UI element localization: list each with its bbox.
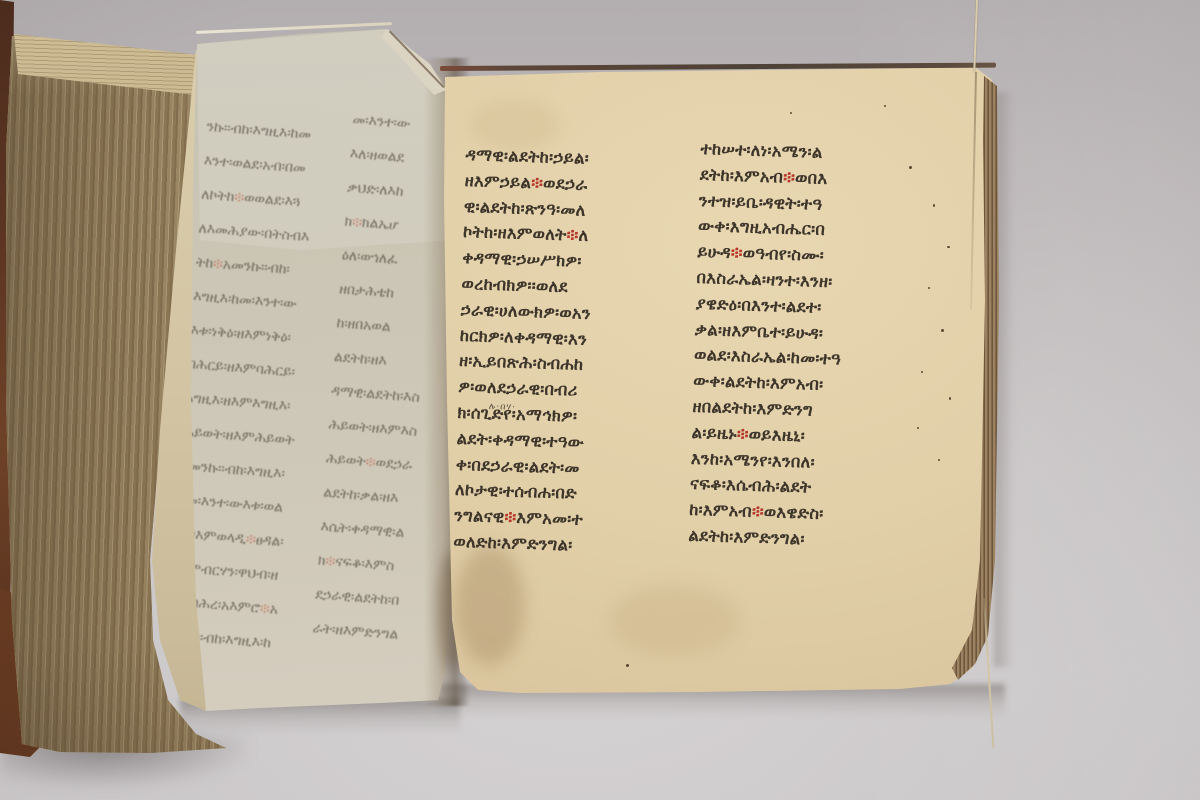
text-line: ልደትከ፡ዘእ [333,340,437,382]
text-line: ቀዳማዊ፡ኃሠሥክዎ፡ [462,245,677,278]
text-line: ከ፡እምአብ፨ወእዌድስ፡ [689,497,896,529]
text-line: ልደት፡ቀዳማዊ፡ተዓው [456,426,671,459]
manuscript-photo: ንኩ፡፡ብከ፡እግዚእ፡ከመእንተ፡ወልደ፡አብ፡በመለኮትከ፨ወወልደ፡እጓለ… [0,0,1200,800]
text-line: ዎ፡ወለደኃራዊ፡በብሪ [458,374,673,407]
red-cross-section-mark: ፨ [213,256,224,273]
text-line: ውቀ፡ልደትከ፡እምአብ፡ [693,368,900,400]
text-line: እሴት፡ቀዳማዊ፡ል [319,510,423,552]
wormhole-speck [947,246,950,248]
text-line: እምባሕረ፡አእምሮ፨አ [168,585,320,631]
text-line: ንተዝ፡ይቤ፡ዳዊት፡ተዓ [699,188,906,220]
text-line: ተከሠተ፡ለነ፡አሜን፡ል [700,136,907,168]
red-cross-section-mark: ፨ [259,601,270,618]
text-line: ዳማዊ፡ልደትከ፡እስ [330,374,434,416]
text-line: ትከ፨አመንኩ፡፡ብከ፡ [195,246,347,292]
leather-cover-corner [0,0,1200,800]
text-line: ዳማዊ፡ልደትከ፡ኃይል፡ [465,142,680,175]
wormhole-speck [921,371,923,373]
studio-backdrop [0,0,1200,800]
red-cross-section-mark: ፨ [504,508,516,527]
text-line: ዘእምኃይል፨ወደኃራ [464,168,679,201]
wormhole-speck [941,329,944,332]
text-line: እግዚእ፡ከመ፡እንተ፡ው [192,279,344,325]
hanging-thread-bottom [983,598,994,748]
curled-page-margin [0,0,1200,800]
text-line: እግዚእ፡ዘእምእግዚእ፡ [184,381,336,427]
right-page-column-1: ዳማዊ፡ልደትከ፡ኃይል፡ዘእምኃይል፨ወደኃራዊ፡ልደትከ፡ጽንዓ፡መለኮትከ… [453,142,680,567]
text-line: ደኃራዊ፡ልደትከ፡በ [314,578,418,620]
left-page-haze [0,0,1200,800]
red-cross-section-mark: ፨ [752,502,764,521]
text-line: ይሁዳ፨ወዓብየ፡ስሙ፡ [697,239,904,271]
text-line: እቱ፡ነቅዕ፡ዘእምነቅዕ፡ [189,313,341,359]
red-cross-section-mark: ፨ [245,531,256,548]
text-line: ቀ፡በደኃራዊ፡ልደት፡መ [455,451,670,484]
text-line: ክ፨ናፍቆ፡እምስ [317,544,421,586]
text-line: ደትከ፡እምአብ፨ወበእ [699,162,906,194]
text-line: ያዌድዕ፡በእንተ፡ልደተ፡ [695,291,902,323]
text-line: ባሕርይ፡ዘእምባሕርይ፡ [187,347,339,393]
wormhole-speck [909,166,912,169]
text-line: ኃራዊ፡ሀለውክዎ፡ወአን [460,297,675,330]
text-line: ንኩ፡፡ብከ፡እግዚእ፡ከመ [205,110,357,156]
leaf-block-edge [0,0,1200,800]
text-line: ድ፡ዘእምወላዲ፨ፀዳል፡ [173,517,325,563]
text-line: ከመ፡እንተ፡ውእቱ፡ወል [176,483,328,529]
red-cross-section-mark: ፨ [352,214,363,231]
wormhole-speck [917,427,919,429]
text-line: እንከ፡አሜንየ፡እንበለ፡ [690,445,897,477]
text-line: ወለድከ፡እምድንግል፡ [453,529,668,562]
red-cross-section-mark: ፨ [365,454,376,471]
text-line: ለኮታዊ፡ተሰብሐ፡በድ [455,477,670,510]
gutter-soiling [438,552,466,670]
red-cross-section-mark: ፨ [731,243,743,262]
text-line: ወረከብክዎ፡፡ወለደ [461,271,676,304]
text-line: ወልደ፡እስራኤል፡ከመ፡ተዓ [694,342,901,374]
wormhole-speck [949,397,951,400]
text-line: ዘ፡ኢይበጽሕ፡ስብሐከ [459,348,674,381]
hanging-thread-top [973,0,978,72]
text-line: ራት፡ዘእምድንግል [311,611,415,653]
text-line: መንኩ፡፡ብከ፡እግዚእ፡ከ [165,618,317,664]
text-line: ሕይወት፡ዘእምእስ [327,408,431,450]
text-line: ውቀ፡እግዚአብሔር፡በ [698,213,905,245]
wormhole-speck [626,664,629,667]
fold-highlight [0,0,1200,800]
text-line: ዘበልደትከ፡እምድንግ [692,394,899,426]
red-cross-section-mark: ፨ [783,167,795,186]
text-line: ልደትከ፡እምድንግል፡ [688,523,895,555]
text-line: ኮትከ፡ዘእምወለት፨ለ [463,219,678,252]
left-page-column-1: ንኩ፡፡ብከ፡እግዚእ፡ከመእንተ፡ወልደ፡አብ፡በመለኮትከ፨ወወልደ፡እጓለ… [165,110,358,670]
text-line: ዊ፡ልደትከ፡ጽንዓ፡መለ [464,194,679,227]
right-page: ዳማዊ፡ልደትከ፡ኃይል፡ዘእምኃይል፨ወደኃራዊ፡ልደትከ፡ጽንዓ፡መለኮትከ… [0,0,1200,800]
fore-edge-page-stack [0,0,1200,800]
text-line: ለኮትከ፨ወወልደ፡እጓ [200,178,352,224]
left-page-top-edge [196,22,392,34]
right-page-column-2: ተከሠተ፡ለነ፡አሜን፡ልደትከ፡እምአብ፨ወበእንተዝ፡ይቤ፡ዳዊት፡ተዓውቀ… [688,136,907,560]
left-page: ንኩ፡፡ብከ፡እግዚእ፡ከመእንተ፡ወልደ፡አብ፡በመለኮትከ፨ወወልደ፡እጓለ… [0,0,1200,800]
backdrop-highlight [0,0,1200,800]
red-cross-section-mark: ፨ [737,424,749,443]
fore-edge-shading [0,0,1200,800]
text-line: ናፍቆ፡እሴብሕ፡ልደት [690,471,897,503]
wormhole-speck [938,459,940,461]
text-line: ክ፡ሰጊድየ፡አማኅክዎ፡ [457,400,672,433]
wormhole-speck [928,287,930,289]
head-edge-line [440,63,996,71]
fore-edge-top [0,0,1200,800]
thread-over-page [970,72,976,310]
wormhole-speck [884,105,886,107]
text-line: በእስራኤል፡ዛንተ፡እንዘ፡ [696,265,903,297]
vignette [0,0,1200,800]
page-shadow [440,684,1005,718]
parchment-stain [610,585,740,655]
wormhole-speck [790,112,792,114]
text-line: ለእመሕያው፡በትስብእ [197,212,349,258]
leather-spine-edge [0,0,1200,800]
text-line: አመንኩ፡፡ብከ፡እግዚእ፡ [179,449,331,495]
red-cross-section-mark: ፨ [325,553,336,570]
interlinear-gloss: ሉ·በሃ· [489,402,516,413]
red-cross-section-mark: ፨ [531,173,543,192]
red-cross-section-mark: ፨ [566,226,578,245]
text-line: ልደትከ፡ቃል፡ዘእ [322,476,426,518]
red-cross-section-mark: ፨ [234,189,245,206]
page-shadow [180,698,460,734]
book-side-shadow [994,92,1016,667]
wormhole-speck [516,541,519,544]
wormhole-speck [933,204,935,207]
text-line: ቃል፡ዘእምቤተ፡ይሁዳ፡ [695,316,902,348]
book-foot-shadow [0,736,250,788]
text-line: ዘእምብርሃን፡ዋህብ፡ዘ [171,551,323,597]
text-line: ሕይወት፡ዘእምሕይወት [181,415,333,461]
text-line: ንግልናዊ፨እምአመ፡ተ [454,503,669,536]
parchment-stain [470,100,560,150]
text-line: ሕይወት፨ወደኃራ [325,442,429,484]
text-line: እንተ፡ወልደ፡አብ፡በመ [203,144,355,190]
text-line: ከርክዎ፡ለቀዳማዊ፡እን [460,322,675,355]
text-line: ል፡ይዜኑ፨ወይእዜኒ፡ [691,420,898,452]
